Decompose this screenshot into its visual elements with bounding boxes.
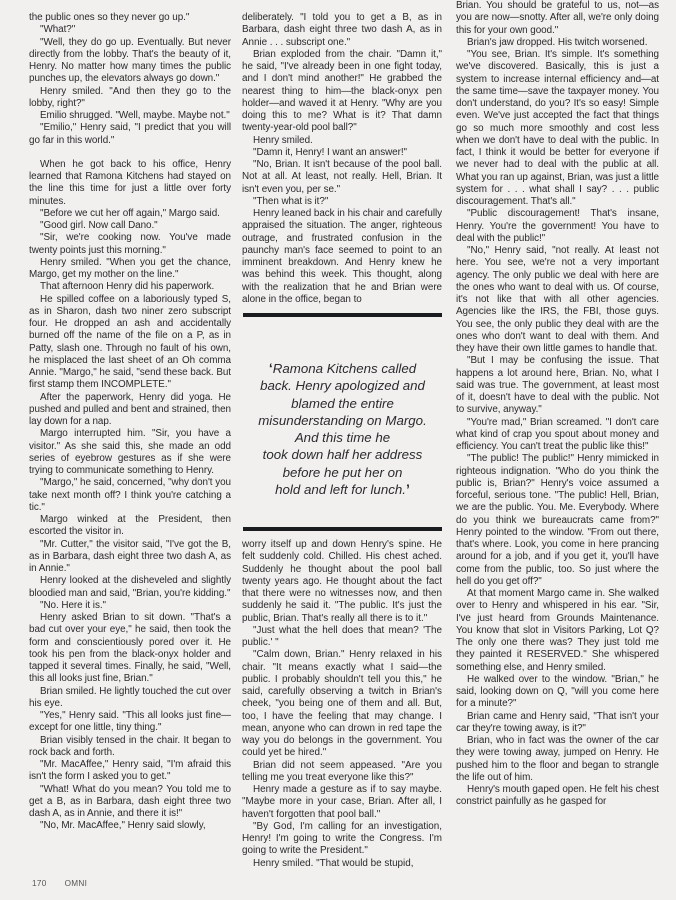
paragraph: "Yes," Henry said. "This all looks just … [29, 710, 231, 735]
pullquote-rule-bottom [243, 527, 442, 531]
paragraph: "You're mad," Brian screamed. "I don't c… [456, 417, 659, 454]
paragraph: That afternoon Henry did his paperwork. [29, 281, 231, 293]
page-number: 170 [32, 879, 47, 888]
magazine-name: OMNI [65, 879, 88, 888]
pullquote-line: back. Henry apologized and [243, 377, 442, 394]
paragraph: Brian exploded from the chair. "Damn it,… [242, 49, 442, 135]
paragraph: Henry's mouth gaped open. He felt his ch… [456, 784, 659, 809]
paragraph: "What?" [29, 24, 231, 36]
paragraph: "Emilio," Henry said, "I predict that yo… [29, 122, 231, 147]
pullquote-line: ‘Ramona Kitchens called [243, 360, 442, 377]
paragraph: "Damn it, Henry! I want an answer!" [242, 147, 442, 159]
paragraph: At that moment Margo came in. She walked… [456, 588, 659, 674]
paragraph: Brian came and Henry said, "That isn't y… [456, 711, 659, 736]
paragraph: Henry looked at the disheveled and sligh… [29, 575, 231, 600]
paragraph: "What! What do you mean? You told me to … [29, 784, 231, 821]
column-2-bottom: worry itself up and down Henry's spine. … [242, 539, 442, 870]
paragraph: Brian. You should be grateful to us, not… [456, 0, 659, 37]
pullquote-line: took down half her address [243, 446, 442, 463]
paragraph: When he got back to his office, Henry le… [29, 159, 231, 208]
pullquote-rule-top [243, 313, 442, 317]
pullquote-line: And this time he [243, 429, 442, 446]
paragraph: Henry smiled. "That would be stupid, [242, 858, 442, 870]
paragraph: "By God, I'm calling for an investigatio… [242, 821, 442, 858]
pull-quote: ‘Ramona Kitchens called back. Henry apol… [243, 360, 442, 498]
paragraph: "You see, Brian. It's simple. It's somet… [456, 49, 659, 208]
paragraph: Brian visibly tensed in the chair. It be… [29, 735, 231, 760]
paragraph: "Public discouragement! That's insane, H… [456, 208, 659, 245]
column-1: the public ones so they never go up.""Wh… [29, 12, 231, 833]
paragraph: Margo interrupted him. "Sir, you have a … [29, 428, 231, 477]
pullquote-line: blamed the entire [243, 395, 442, 412]
paragraph: After the paperwork, Henry did yoga. He … [29, 392, 231, 429]
paragraph: Brian's jaw dropped. His twitch worsened… [456, 37, 659, 49]
paragraph: Brian, who in fact was the owner of the … [456, 735, 659, 784]
paragraph: Henry smiled. [242, 135, 442, 147]
page-footer: 170OMNI [32, 879, 87, 888]
paragraph: "But I may be confusing the issue. That … [456, 355, 659, 416]
paragraph: "Just what the hell does that mean? 'The… [242, 625, 442, 650]
paragraph: worry itself up and down Henry's spine. … [242, 539, 442, 625]
paragraph: "No," Henry said, "not really. At least … [456, 245, 659, 355]
pullquote-line: before he put her on [243, 464, 442, 481]
paragraph: "No, Mr. MacAffee," Henry said slowly, [29, 820, 231, 832]
paragraph: "Sir, we're cooking now. You've made twe… [29, 232, 231, 257]
paragraph: He spilled coffee on a laboriously typed… [29, 294, 231, 392]
paragraph: "Then what is it?" [242, 196, 442, 208]
close-quote-icon: ’ [406, 481, 410, 497]
paragraph: "Mr. MacAffee," Henry said, "I'm afraid … [29, 759, 231, 784]
paragraph: He walked over to the window. "Brian," h… [456, 674, 659, 711]
paragraph: Henry made a gesture as if to say maybe.… [242, 784, 442, 821]
paragraph: Henry smiled. "When you get the chance, … [29, 257, 231, 282]
paragraph: "Margo," he said, concerned, "why don't … [29, 477, 231, 514]
paragraph: Henry leaned back in his chair and caref… [242, 208, 442, 306]
paragraph: Margo winked at the President, then esco… [29, 514, 231, 539]
pullquote-line: misunderstanding on Margo. [243, 412, 442, 429]
paragraph: "Calm down, Brian." Henry relaxed in his… [242, 649, 442, 759]
paragraph: Henry smiled. "And then they go to the l… [29, 86, 231, 111]
paragraph: Henry asked Brian to sit down. "That's a… [29, 612, 231, 686]
paragraph: Brian smiled. He lightly touched the cut… [29, 686, 231, 711]
column-3: Brian. You should be grateful to us, not… [456, 0, 659, 809]
paragraph: "Before we cut her off again," Margo sai… [29, 208, 231, 220]
paragraph: "Mr. Cutter," the visitor said, "I've go… [29, 539, 231, 576]
paragraph: Brian did not seem appeased. "Are you te… [242, 760, 442, 785]
paragraph: "Well, they do go up. Eventually. But ne… [29, 37, 231, 86]
paragraph: deliberately. "I told you to get a B, as… [242, 12, 442, 49]
paragraph: "The public! The public!" Henry mimicked… [456, 453, 659, 588]
paragraph: "No, Brian. It isn't because of the pool… [242, 159, 442, 196]
paragraph: the public ones so they never go up." [29, 12, 231, 24]
paragraph: Emilio shrugged. "Well, maybe. Maybe not… [29, 110, 231, 122]
column-2-top: deliberately. "I told you to get a B, as… [242, 12, 442, 306]
pullquote-line: hold and left for lunch.’ [243, 481, 442, 498]
paragraph: "Good girl. Now call Dano." [29, 220, 231, 232]
paragraph: "No. Here it is." [29, 600, 231, 612]
